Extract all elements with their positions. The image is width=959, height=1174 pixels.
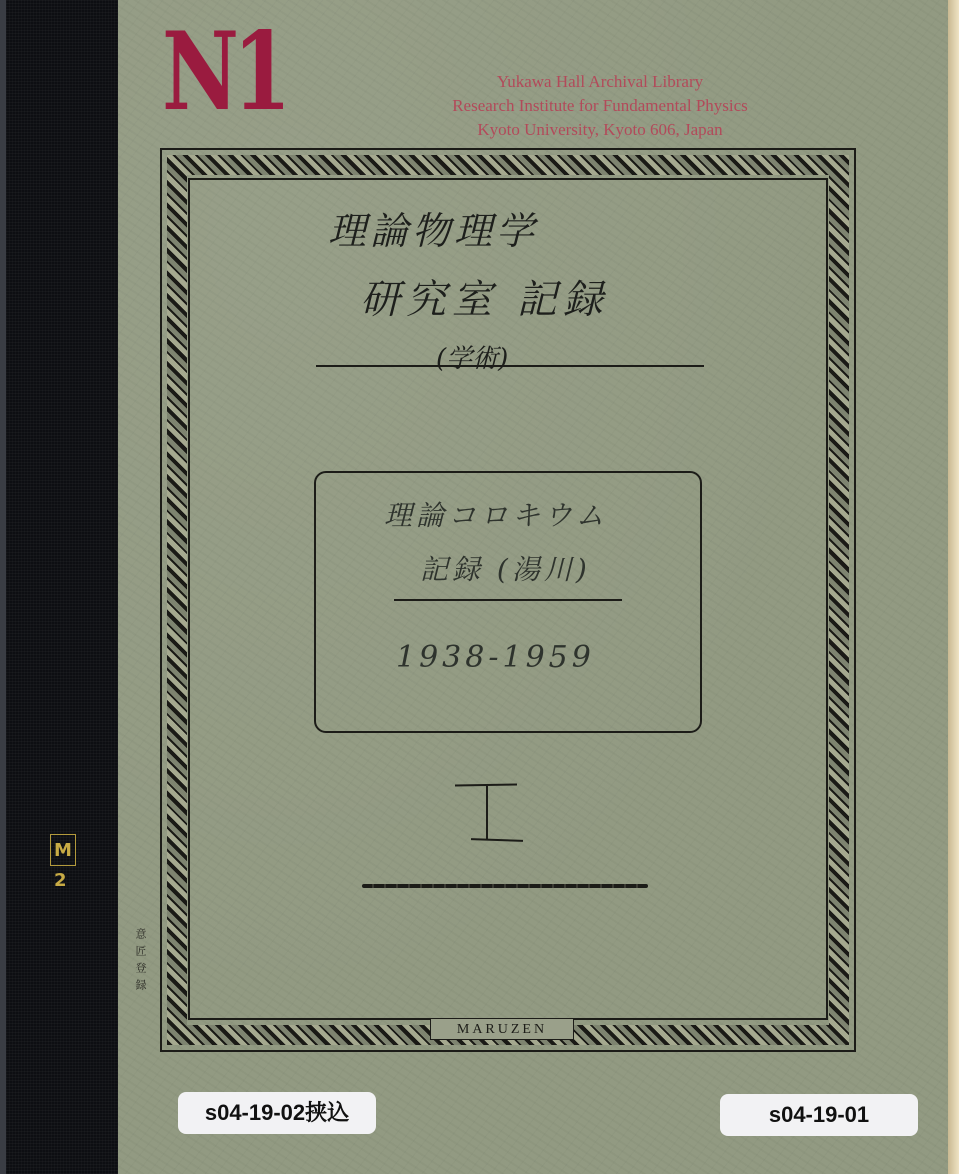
page-edge — [948, 0, 959, 1174]
stamp-line-2: Research Institute for Fundamental Physi… — [360, 94, 840, 118]
stamp-line-1: Yukawa Hall Archival Library — [360, 70, 840, 94]
handwritten-title-line-1: 理論物理学 — [328, 200, 538, 255]
wavy-underline — [362, 884, 648, 888]
label-line-1: 理論コロキウム — [384, 494, 608, 534]
handwritten-title-line-3: (学術) — [436, 338, 508, 375]
label-line-2: 記録 (湯川) — [420, 548, 591, 588]
volume-numeral — [455, 782, 517, 844]
title-underline — [316, 365, 704, 367]
maker-vertical-text: 意匠登録 — [136, 928, 150, 996]
volume-code: N1 — [162, 18, 285, 126]
spine-series-number: 2 — [54, 870, 67, 891]
spine-series-letter: M — [50, 834, 76, 866]
library-stamp: Yukawa Hall Archival Library Research In… — [360, 70, 840, 142]
notebook-spine — [0, 0, 118, 1174]
spine-edge — [0, 0, 6, 1174]
handwritten-title-line-2: 研究室 記録 — [360, 268, 609, 325]
label-dates: 1938-1959 — [396, 640, 595, 675]
publisher-mark: MARUZEN — [430, 1018, 574, 1040]
archive-tag-right: s04-19-01 — [720, 1094, 918, 1136]
numeral-bottom-serif — [471, 838, 523, 842]
archive-tag-left: s04-19-02挟込 — [178, 1092, 376, 1134]
stamp-line-3: Kyoto University, Kyoto 606, Japan — [360, 118, 840, 142]
label-underline — [394, 599, 622, 601]
numeral-stem — [486, 786, 488, 840]
